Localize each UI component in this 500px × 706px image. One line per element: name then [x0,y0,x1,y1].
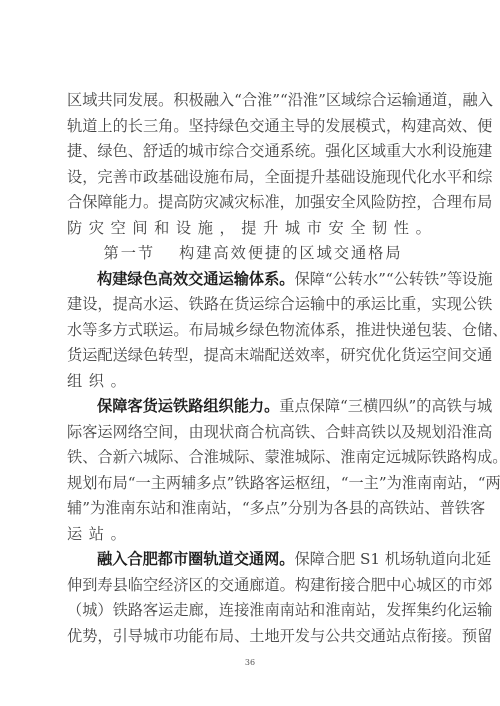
paragraph-green-transport: 构建绿色高效交通运输体系。保障“公转水”“公转铁”等设施 建设，提高水运、铁路在… [67,267,439,395]
text-line: 设，完善市政基础设施布局，全面提升基础设施现代化水平和综 [67,165,439,191]
paragraph-lead: 保障客货运铁路组织能力。 [97,397,279,415]
page-number: 36 [0,658,500,667]
text-line: 捷、绿色、舒适的城市综合交通系统。强化区域重大水利设施建 [67,139,439,165]
text-line: 伸到寿县临空经济区的交通廊道。构建衔接合肥中心城区的市郊 [67,573,439,599]
text-line: 运站。 [67,522,439,548]
paragraph-regional-development: 区域共同发展。积极融入“合淮”“沿淮”区域综合运输通道，融入 轨道上的长三角。坚… [67,88,439,241]
text-line: 区域共同发展。积极融入“合淮”“沿淮”区域综合运输通道，融入 [67,88,439,114]
text-run: 保障“公转水”“公转铁”等设施 [294,270,492,288]
text-line: 轨道上的长三角。坚持绿色交通主导的发展模式，构建高效、便 [67,114,439,140]
text-line: 防灾空间和设施，提升城市安全韧性。 [67,216,439,242]
text-line: 水等多方式联运。布局城乡绿色物流体系，推进快递包装、仓储、 [67,318,439,344]
text-run: 重点保障“三横四纵”的高铁与城 [279,397,492,415]
text-line: 融入合肥都市圈轨道交通网。保障合肥 S1 机场轨道向北延 [67,547,439,573]
section-heading: 第一节构建高效便捷的区域交通格局 [67,241,439,267]
text-line: 际客运网络空间，由现状商合杭高铁、合蚌高铁以及规划沿淮高 [67,420,439,446]
section-title: 构建高效便捷的区域交通格局 [179,244,402,262]
document-page: 区域共同发展。积极融入“合淮”“沿淮”区域综合运输通道，融入 轨道上的长三角。坚… [0,0,500,706]
text-line: 优势，引导城市功能布局、土地开发与公共交通站点衔接。预留 [67,624,439,650]
text-line: 合保障能力。提高防灾减灾标准，加强安全风险防控，合理布局 [67,190,439,216]
page-body: 区域共同发展。积极融入“合淮”“沿淮”区域综合运输通道，融入 轨道上的长三角。坚… [67,88,439,649]
text-line: 保障客货运铁路组织能力。重点保障“三横四纵”的高铁与城 [67,394,439,420]
section-number: 第一节 [104,244,156,262]
paragraph-lead: 构建绿色高效交通运输体系。 [97,270,294,288]
text-line: 建设，提高水运、铁路在货运综合运输中的承运比重，实现公铁 [67,292,439,318]
text-line: 铁、合新六城际、合淮城际、蒙淮城际、淮南定远城际铁路构成。 [67,445,439,471]
paragraph-hefei-rail-network: 融入合肥都市圈轨道交通网。保障合肥 S1 机场轨道向北延 伸到寿县临空经济区的交… [67,547,439,649]
text-line: 货运配送绿色转型，提高末端配送效率，研究优化货运空间交通 [67,343,439,369]
paragraph-lead: 融入合肥都市圈轨道交通网。 [97,550,294,568]
text-line: 规划布局“一主两辅多点”铁路客运枢纽，“一主”为淮南南站，“两 [67,471,439,497]
text-line: （城）铁路客运走廊，连接淮南南站和淮南站，发挥集约化运输 [67,598,439,624]
text-run: 保障合肥 S1 机场轨道向北延 [294,550,491,568]
text-line: 构建绿色高效交通运输体系。保障“公转水”“公转铁”等设施 [67,267,439,293]
text-line: 组织。 [67,369,439,395]
paragraph-railway-capacity: 保障客货运铁路组织能力。重点保障“三横四纵”的高铁与城 际客运网络空间，由现状商… [67,394,439,547]
text-line: 辅”为淮南东站和淮南站，“多点”分别为各县的高铁站、普铁客 [67,496,439,522]
